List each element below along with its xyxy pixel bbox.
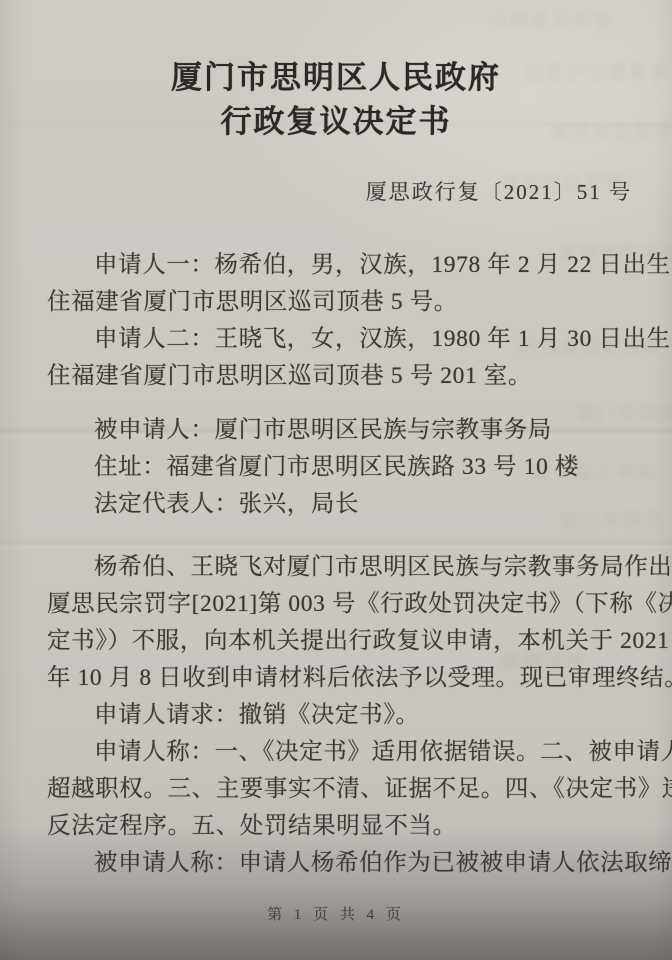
document-body: 申请人一：杨希伯，男，汉族，1978 年 2 月 22 日出生，住福建省厦门市思… — [47, 247, 635, 882]
bleedthrough-ghost-text: 定决议复政行 — [486, 6, 612, 33]
body-line: 超越职权。三、主要事实不清、证据不足。四、《决定书》违 — [47, 771, 635, 808]
paragraph-gap — [47, 523, 635, 549]
body-line: 住福建省厦门市思明区巡司顶巷 5 号 201 室。 — [47, 358, 635, 395]
body-line: 法定代表人：张兴，局长 — [47, 486, 635, 523]
body-line: 被申请人称：申请人杨希伯作为已被被申请人依法取缔的 — [47, 845, 635, 882]
document-title-issuer: 厦门市思明区人民政府 — [0, 52, 672, 97]
body-line: 申请人二：王晓飞，女，汉族，1980 年 1 月 30 日出生， — [47, 321, 635, 358]
body-line: 被申请人：厦门市思明区民族与宗教事务局 — [47, 412, 635, 449]
body-line: 住福建省厦门市思明区巡司顶巷 5 号。 — [47, 284, 635, 321]
body-line: 申请人请求：撤销《决定书》。 — [47, 697, 635, 734]
body-line: 定书》）不服，向本机关提出行政复议申请，本机关于 2021 — [47, 623, 635, 660]
paragraph-gap — [47, 395, 635, 412]
page-number-footer: 第 1 页 共 4 页 — [0, 903, 672, 924]
document-title-type: 行政复议决定书 — [0, 96, 672, 141]
body-line: 申请人称：一、《决定书》适用依据错误。二、被申请人 — [47, 734, 635, 771]
body-line: 申请人一：杨希伯，男，汉族，1978 年 2 月 22 日出生， — [47, 247, 635, 284]
document-number: 厦思政行复〔2021〕51 号 — [0, 176, 632, 206]
scanned-document-photo: 定决议复政行局务事教宗与族民字罚宗民思厦理受以予法依关机本请申议复书定决罚处政行… — [0, 0, 672, 960]
body-line: 年 10 月 8 日收到申请材料后依法予以受理。现已审理终结。 — [47, 660, 635, 697]
body-line: 厦思民宗罚字[2021]第 003 号《行政处罚决定书》（下称《决 — [47, 586, 635, 623]
body-line: 杨希伯、王晓飞对厦门市思明区民族与宗教事务局作出的 — [47, 549, 635, 586]
body-line: 住址：福建省厦门市思明区民族路 33 号 10 楼 — [47, 449, 635, 486]
body-line: 反法定程序。五、处罚结果明显不当。 — [47, 808, 635, 845]
